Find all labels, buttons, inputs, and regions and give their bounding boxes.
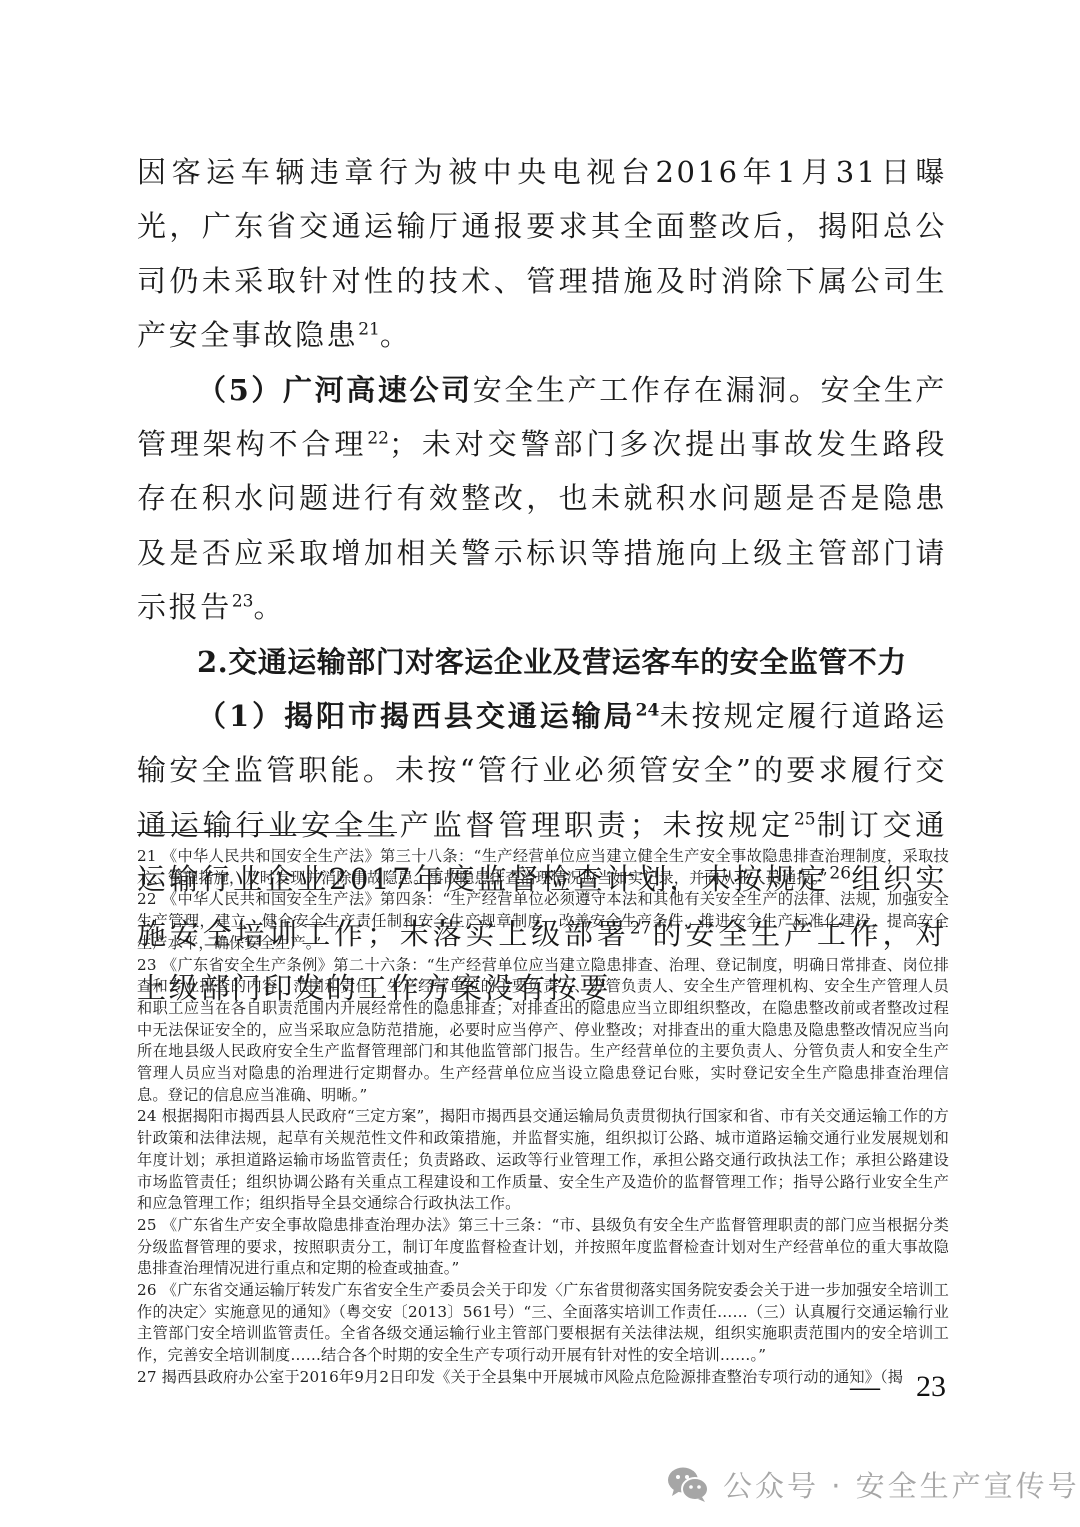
footnote-23: 23 《广东省安全生产条例》第二十六条：“生产经营单位应当建立隐患排查、治理、登… [137,955,949,1107]
page-number-dash: — [850,1370,880,1403]
footnote-number: 22 [137,890,157,908]
paragraph-guanghe-expressway: （5）广河高速公司安全生产工作存在漏洞。安全生产管理架构不合理22；未对交警部门… [137,363,947,635]
footnote-24: 24 根据揭阳市揭西县人民政府“三定方案”，揭阳市揭西县交通运输局负责贯彻执行国… [137,1106,949,1215]
paragraph-text: 因客运车辆违章行为被中央电视台2016年1月31日曝光，广东省交通运输厅通报要求… [137,155,947,352]
footnote-text: 《中华人民共和国安全生产法》第四条：“生产经营单位必须遵守本法和其他有关安全生产… [137,890,949,951]
item-title: （1）揭阳市揭西县交通运输局 [197,699,636,733]
footnote-22: 22 《中华人民共和国安全生产法》第四条：“生产经营单位必须遵守本法和其他有关安… [137,889,949,954]
page-number-value: 23 [916,1370,946,1403]
footnote-text: 根据揭阳市揭西县人民政府“三定方案”，揭阳市揭西县交通运输局负责贯彻执行国家和省… [137,1107,949,1212]
footnote-ref-23[interactable]: 23 [232,592,254,612]
paragraph-text: 。 [253,590,285,624]
watermark: 公众号 · 安全生产宣传号 [667,1462,1080,1506]
item-title: （5）广河高速公司 [197,373,473,407]
document-page: 因客运车辆违章行为被中央电视台2016年1月31日曝光，广东省交通运输厅通报要求… [0,0,1080,1527]
footnote-text: 《中华人民共和国安全生产法》第三十八条：“生产经营单位应当建立健全生产安全事故隐… [137,847,949,887]
footnote-21: 21 《中华人民共和国安全生产法》第三十八条：“生产经营单位应当建立健全生产安全… [137,846,949,889]
footnotes: 21 《中华人民共和国安全生产法》第三十八条：“生产经营单位应当建立健全生产安全… [137,846,949,1389]
footnote-ref-21[interactable]: 21 [358,320,380,340]
footnote-27: 27 揭西县政府办公室于2016年9月2日印发《关于全县集中开展城市风险点危险源… [137,1367,949,1389]
footnote-25: 25 《广东省生产安全事故隐患排查治理办法》第三十三条：“市、县级负有安全生产监… [137,1215,949,1280]
footnote-separator [137,832,397,833]
footnote-number: 26 [137,1281,157,1299]
paragraph-text: 。 [380,318,412,352]
footnote-number: 24 [137,1107,157,1125]
page-number: —23 [850,1370,946,1404]
footnote-number: 21 [137,847,157,865]
footnote-number: 23 [137,956,157,974]
footnote-text: 《广东省交通运输厅转发广东省安全生产委员会关于印发〈广东省贯彻落实国务院安委会关… [137,1281,949,1364]
section-heading: 2.交通运输部门对客运企业及营运客车的安全监管不力 [137,635,947,689]
footnote-text: 《广东省生产安全事故隐患排查治理办法》第三十三条：“市、县级负有安全生产监督管理… [137,1216,949,1277]
footnote-number: 25 [137,1216,157,1234]
footnote-ref-24[interactable]: 24 [636,700,660,720]
paragraph-jieyang-company: 因客运车辆违章行为被中央电视台2016年1月31日曝光，广东省交通运输厅通报要求… [137,145,947,363]
watermark-text: 公众号 · 安全生产宣传号 [723,1464,1080,1505]
footnote-text: 《广东省安全生产条例》第二十六条：“生产经营单位应当建立隐患排查、治理、登记制度… [137,956,949,1104]
footnote-number: 27 [137,1368,157,1386]
footnote-text: 揭西县政府办公室于2016年9月2日印发《关于全县集中开展城市风险点危险源排查整… [157,1368,903,1386]
wechat-icon [667,1465,711,1503]
footnote-ref-22[interactable]: 22 [367,428,389,448]
footnote-26: 26 《广东省交通运输厅转发广东省安全生产委员会关于印发〈广东省贯彻落实国务院安… [137,1280,949,1367]
footnote-ref-25[interactable]: 25 [794,809,816,829]
